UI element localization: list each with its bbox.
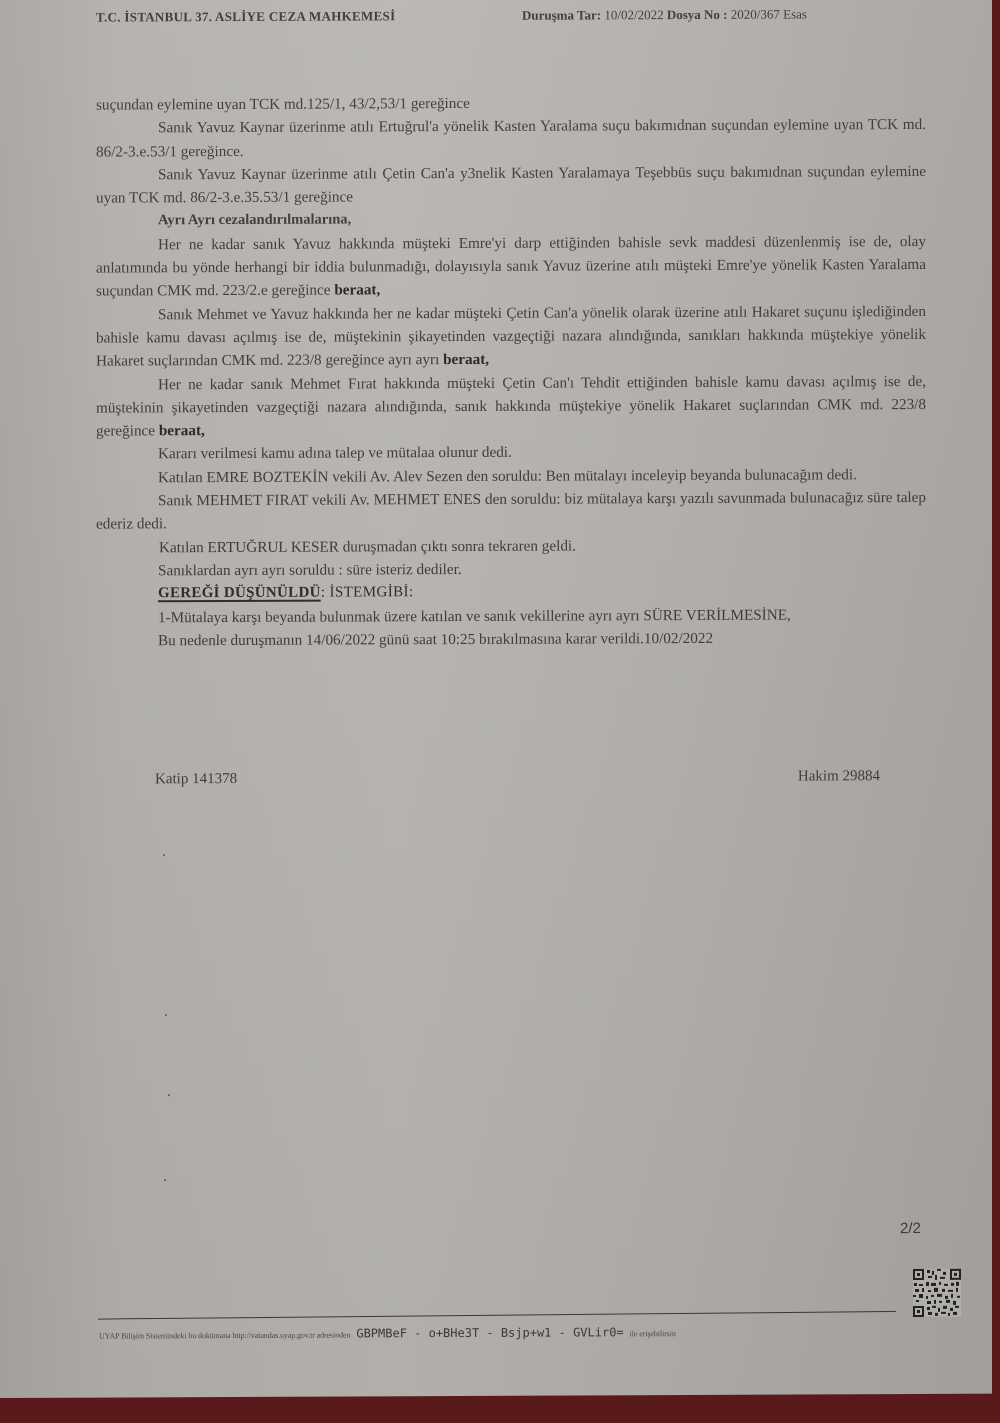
footer-prefix: UYAP Bilişim Sistemindeki bu dokümana ht… [99,1330,350,1340]
paragraph: Sanık Yavuz Kaynar üzerinme atılı Çetin … [96,160,926,210]
paragraph-text: Her ne kadar sanık Mehmet Fırat hakkında… [96,373,926,440]
stray-mark [165,1014,167,1016]
paragraph-text: Sanık Mehmet ve Yavuz hakkında her ne ka… [96,303,926,370]
case-meta: Duruşma Tar: 10/02/2022 Dosya No : 2020/… [522,6,807,23]
qr-code-icon [913,1269,961,1317]
stray-mark [164,1179,166,1181]
paragraph: Sanık Mehmet ve Yavuz hakkında her ne ka… [96,300,926,374]
hearing-date-label: Duruşma Tar: [522,7,601,22]
verdict-acquittal: beraat, [334,282,380,299]
qr-modules [913,1269,961,1317]
paragraph: Sanık Yavuz Kaynar üzerinme atılı Ertuğr… [96,113,926,163]
verdict-acquittal: beraat, [159,422,205,439]
clerk-signature: Katip 141378 [155,771,237,788]
signatures: Katip 141378 Hakim 29884 [155,768,880,791]
page-number: 2/2 [900,1220,921,1237]
footer-verification: UYAP Bilişim Sistemindeki bu dokümana ht… [99,1322,919,1344]
verdict-acquittal: beraat, [443,351,489,368]
document-page: T.C. İSTANBUL 37. ASLİYE CEZA MAHKEMESİ … [0,0,992,1398]
decision-heading-main: GEREĞİ DÜŞÜNÜLDÜ [158,585,321,602]
document-body: suçundan eylemine uyan TCK md.125/1, 43/… [96,90,926,653]
file-no: 2020/367 Esas [731,6,807,21]
document-header: T.C. İSTANBUL 37. ASLİYE CEZA MAHKEMESİ … [96,6,852,29]
court-name: T.C. İSTANBUL 37. ASLİYE CEZA MAHKEMESİ [96,8,395,25]
stray-mark [168,1094,170,1096]
judge-signature: Hakim 29884 [798,768,880,785]
decision-heading-rest: : İSTEMGİBİ: [321,584,414,600]
paragraph: Sanık MEHMET FIRAT vekili Av. MEHMET ENE… [96,486,926,536]
file-no-label: Dosya No : [667,7,728,22]
paragraph-text: Her ne kadar sanık Yavuz hakkında müştek… [96,233,926,300]
footer-divider [98,1311,896,1320]
paragraph: Her ne kadar sanık Yavuz hakkında müştek… [96,230,926,304]
adjournment-text: Bu nedenle duruşmanın 14/06/2022 günü sa… [96,626,926,653]
verification-code: GBPMBeF - o+BHe3T - Bsjp+w1 - GVLir0= [356,1325,623,1340]
hearing-date: 10/02/2022 [604,7,663,22]
footer-suffix: ile erişebilirsin [630,1329,676,1338]
stray-mark [163,854,165,856]
paragraph: Her ne kadar sanık Mehmet Fırat hakkında… [96,370,926,444]
